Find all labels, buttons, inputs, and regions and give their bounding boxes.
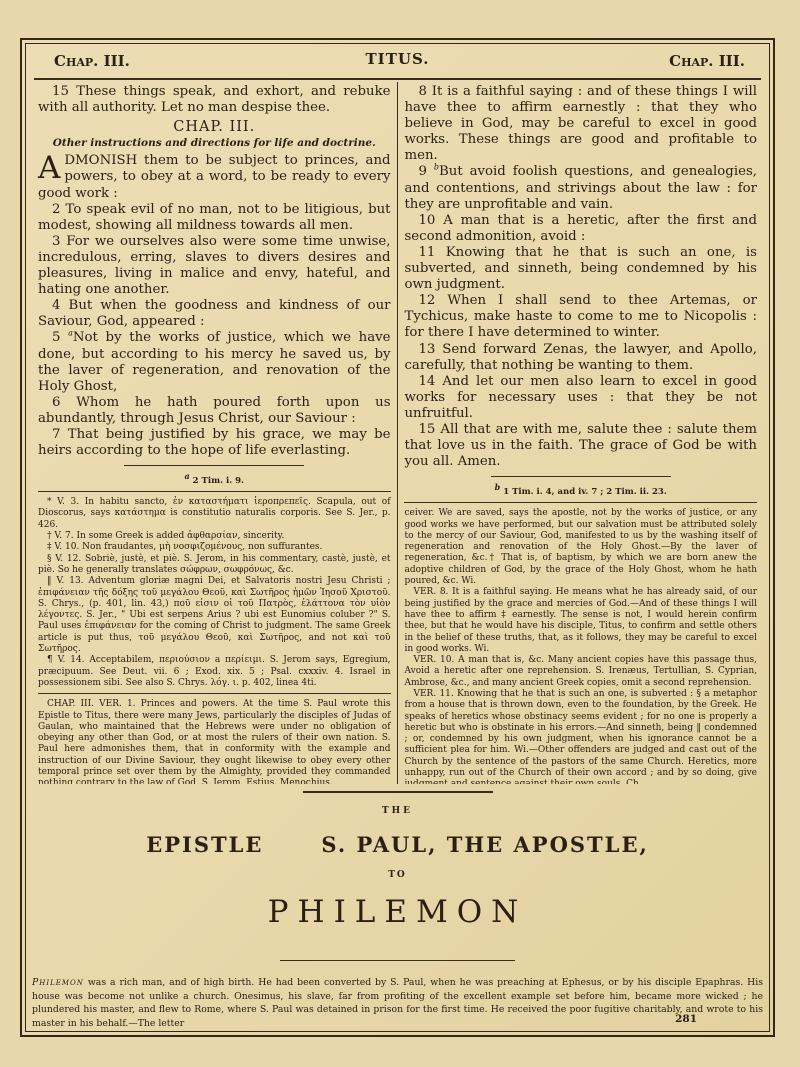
drop-cap: A [38, 153, 64, 182]
intro-text: was a rich man, and of high birth. He ha… [32, 977, 763, 1029]
text-columns: 15 These things speak, and exhort, and r… [34, 82, 761, 784]
verse-3-1-text: DMONISH them to be subject to princes, a… [38, 153, 391, 200]
reference-citation: 2 Tim. i. 9. [190, 476, 244, 486]
right-reference-line: b 1 Tim. i. 4, and iv. 7 ; 2 Tim. ii. 23… [404, 476, 757, 498]
footnote: ¶ V. 14. Acceptabilem, περιούσιον a περί… [38, 655, 391, 689]
verse-3-1: ADMONISH them to be subject to princes, … [38, 153, 391, 201]
title-to: TO [26, 870, 769, 880]
header-chapter-right: Chap. III. [669, 52, 745, 70]
commentary-paragraph: VER. 10. A man that is, &c. Many ancient… [404, 655, 757, 689]
verse-2-15: 15 These things speak, and exhort, and r… [38, 84, 391, 116]
page-number: 281 [675, 1013, 697, 1025]
chapter-subtitle: Other instructions and directions for li… [38, 135, 391, 151]
philemon-title-block: THE EPISTLES. PAUL, THE APOSTLE, TO PHIL… [26, 806, 769, 930]
commentary-paragraph: VER. 11. Knowing that he that is such an… [404, 689, 757, 784]
commentary-paragraph: CHAP. III. VER. 1. Princes and powers. A… [38, 699, 391, 784]
verse-3-4: 4 But when the goodness and kindness of … [38, 298, 391, 330]
header-book-title: TITUS. [36, 50, 759, 68]
verse-3-6: 6 Whom he hath poured forth upon us abun… [38, 395, 391, 427]
right-column: 8 It is a faithful saying : and of these… [400, 82, 761, 784]
footnote: ‖ V. 13. Adventum gloriæ magni Dei, et S… [38, 576, 391, 655]
verse-3-2: 2 To speak evil of no man, not to be lit… [38, 202, 391, 234]
column-rule [38, 491, 391, 492]
verse-3-14: 14 And let our men also learn to excel i… [404, 374, 757, 422]
page-border: Chap. III. TITUS. Chap. III. 15 These th… [20, 38, 775, 1037]
column-divider-rule [397, 82, 399, 784]
verse-3-12: 12 When I shall send to thee Artemas, or… [404, 293, 757, 341]
footnote: ‡ V. 10. Non fraudantes, μὴ νοσφιζομένου… [38, 542, 391, 553]
title-epistle-line: EPISTLES. PAUL, THE APOSTLE, [26, 832, 769, 857]
left-column: 15 These things speak, and exhort, and r… [34, 82, 395, 784]
verse-3-9-text: But avoid foolish questions, and genealo… [404, 164, 757, 211]
footnote: † V. 7. In some Greek is added ἀφθαρσίαν… [38, 531, 391, 542]
chapter-heading: CHAP. III. [38, 119, 391, 135]
left-reference-line: a 2 Tim. i. 9. [38, 465, 391, 487]
footnote: * V. 3. In habitu sancto, ἐν καταστήματι… [38, 497, 391, 531]
header-rule [34, 78, 761, 80]
verse-3-13: 13 Send forward Zenas, the lawyer, and A… [404, 342, 757, 374]
page-header: Chap. III. TITUS. Chap. III. [36, 50, 759, 74]
title-epistle: EPISTLE [146, 832, 263, 857]
right-reference-text: b 1 Tim. i. 4, and iv. 7 ; 2 Tim. ii. 23… [495, 487, 667, 497]
footnote: § V. 12. Sobriè, justè, et piè. S. Jerom… [38, 554, 391, 577]
title-the: THE [26, 806, 769, 816]
verse-3-5-number: 5 [52, 330, 68, 345]
verse-3-7: 7 That being justified by his grace, we … [38, 427, 391, 459]
verse-3-8: 8 It is a faithful saying : and of these… [404, 84, 757, 164]
verse-3-11: 11 Knowing that he that is such an one, … [404, 245, 757, 293]
verse-3-5-text: Not by the works of justice, which we ha… [38, 330, 391, 393]
verse-3-5: 5 aNot by the works of justice, which we… [38, 330, 391, 394]
reference-rule [491, 476, 671, 477]
verse-3-15: 15 All that are with me, salute thee : s… [404, 422, 757, 470]
verse-3-9-number: 9 [418, 164, 433, 179]
philemon-introduction: Philemon was a rich man, and of high bir… [32, 976, 763, 1030]
reference-rule [124, 465, 304, 466]
page-inner-border: Chap. III. TITUS. Chap. III. 15 These th… [25, 43, 770, 1032]
verse-3-9: 9 bBut avoid foolish questions, and gene… [404, 164, 757, 212]
section-divider-rule [26, 791, 769, 793]
reference-citation: 1 Tim. i. 4, and iv. 7 ; 2 Tim. ii. 23. [500, 487, 667, 497]
commentary-paragraph: VER. 8. It is a faithful saying. He mean… [404, 587, 757, 655]
verse-3-10: 10 A man that is a heretic, after the fi… [404, 213, 757, 245]
column-rule [38, 693, 391, 694]
intro-lead-word: Philemon [32, 977, 84, 988]
left-reference-text: a 2 Tim. i. 9. [185, 476, 245, 486]
title-philemon: PHILEMON [26, 894, 769, 930]
intro-divider-rule [26, 960, 769, 961]
verse-3-3: 3 For we ourselves also were some time u… [38, 234, 391, 298]
column-rule [404, 502, 757, 503]
commentary-paragraph: ceiver. We are saved, says the apostle, … [404, 508, 757, 587]
title-apostle: S. PAUL, THE APOSTLE, [321, 832, 648, 857]
